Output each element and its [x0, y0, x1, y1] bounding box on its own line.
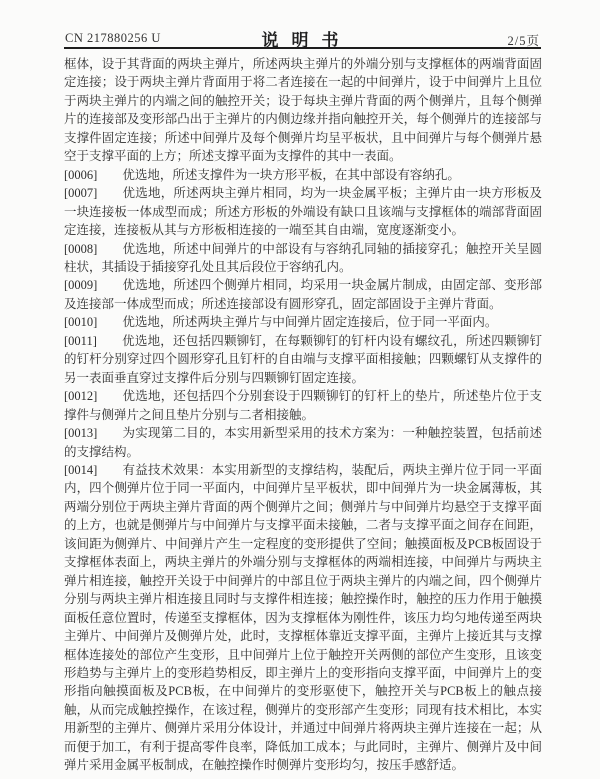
- paragraph-number: [0008]: [64, 242, 97, 256]
- paragraph-0009: [0009]优选地，所述四个侧弹片相同，均采用一块金属片制成，由固定部、变形部及…: [64, 276, 542, 313]
- paragraph-0012: [0012]优选地，还包括四个分别套设于四颗铆钉的钉杆上的垫片，所述垫片位于支撑…: [64, 387, 542, 424]
- paragraph-text: 优选地，还包括四个分别套设于四颗铆钉的钉杆上的垫片，所述垫片位于支撑件与侧弹片之…: [64, 389, 542, 421]
- paragraph-text: 优选地，所述四个侧弹片相同，均采用一块金属片制成，由固定部、变形部及连接部一体成…: [64, 278, 542, 310]
- paragraph-number: [0014]: [64, 463, 97, 477]
- paragraph-continuation: 框体，设于其背面的两块主弹片，所述两块主弹片的外端分别与支撑框体的两端背面固定连…: [64, 55, 542, 166]
- paragraph-number: [0013]: [64, 426, 97, 440]
- paragraph-text: 优选地，所述两块主弹片相同，均为一块金属平板；主弹片由一块方形板及一块连接板一体…: [64, 186, 542, 237]
- paragraph-0014: [0014]有益技术效果：本实用新型的支撑结构，装配后，两块主弹片位于同一平面内…: [64, 461, 542, 775]
- specification-body: 框体，设于其背面的两块主弹片，所述两块主弹片的外端分别与支撑框体的两端背面固定连…: [64, 55, 542, 775]
- paragraph-0006: [0006]优选地，所述支撑件为一块方形平板，在其中部设有容纳孔。: [64, 166, 542, 184]
- paragraph-text: 优选地，所述两块主弹片与中间弹片固定连接后，位于同一平面内。: [122, 315, 497, 329]
- paragraph-text: 优选地，所述支撑件为一块方形平板，在其中部设有容纳孔。: [122, 168, 460, 182]
- paragraph-text: 优选地，所述中间弹片的中部设有与容纳孔同轴的插接穿孔；触控开关呈圆柱状，其插设于…: [64, 242, 542, 274]
- paragraph-text: 有益技术效果：本实用新型的支撑结构，装配后，两块主弹片位于同一平面内，四个侧弹片…: [64, 463, 542, 772]
- paragraph-number: [0007]: [64, 186, 97, 200]
- paragraph-0013: [0013]为实现第二目的，本实用新型采用的技术方案为：一种触控装置，包括前述的…: [64, 424, 542, 461]
- paragraph-0008: [0008]优选地，所述中间弹片的中部设有与容纳孔同轴的插接穿孔；触控开关呈圆柱…: [64, 240, 542, 277]
- paragraph-0007: [0007]优选地，所述两块主弹片相同，均为一块金属平板；主弹片由一块方形板及一…: [64, 184, 542, 239]
- paragraph-number: [0006]: [64, 168, 97, 182]
- paragraph-text: 优选地，还包括四颗铆钉，在每颗铆钉的钉杆内设有螺纹孔，所述四颗铆钉的钉杆分别穿过…: [64, 334, 542, 385]
- paragraph-number: [0012]: [64, 389, 97, 403]
- header-rule: [64, 47, 541, 49]
- paragraph-text: 框体，设于其背面的两块主弹片，所述两块主弹片的外端分别与支撑框体的两端背面固定连…: [64, 57, 542, 163]
- patent-page: CN 217880256 U 说明书 2/5页 框体，设于其背面的两块主弹片，所…: [0, 0, 600, 779]
- paragraph-0010: [0010]优选地，所述两块主弹片与中间弹片固定连接后，位于同一平面内。: [64, 313, 542, 331]
- paragraph-text: 为实现第二目的，本实用新型采用的技术方案为：一种触控装置，包括前述的支撑结构。: [64, 426, 542, 458]
- paragraph-number: [0010]: [64, 315, 97, 329]
- paragraph-0011: [0011]优选地，还包括四颗铆钉，在每颗铆钉的钉杆内设有螺纹孔，所述四颗铆钉的…: [64, 332, 542, 387]
- paragraph-number: [0011]: [64, 334, 97, 348]
- paragraph-number: [0009]: [64, 278, 97, 292]
